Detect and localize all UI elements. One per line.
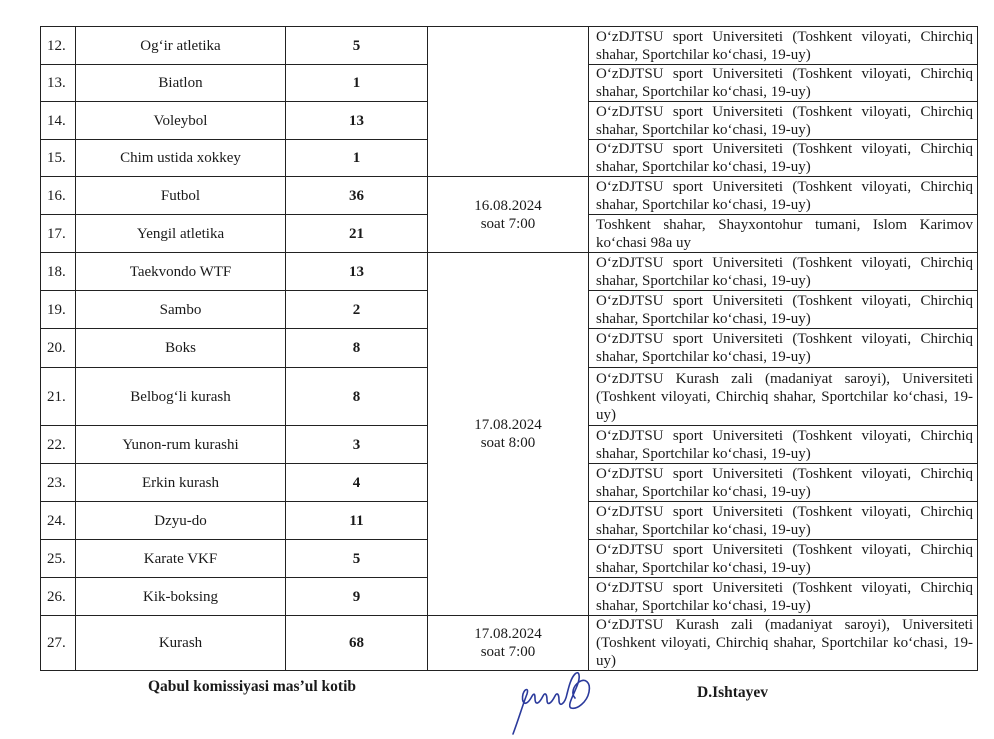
participant-count: 2 xyxy=(286,291,428,329)
table-row: 16.Futbol3616.08.2024soat 7:00O‘zDJTSU s… xyxy=(41,177,978,215)
venue-address: O‘zDJTSU sport Universiteti (Toshkent vi… xyxy=(589,140,978,177)
venue-address: O‘zDJTSU sport Universiteti (Toshkent vi… xyxy=(589,502,978,540)
signature-icon xyxy=(505,668,605,738)
sport-name: Boks xyxy=(76,329,286,368)
venue-address: O‘zDJTSU Kurash zali (madaniyat saroyi),… xyxy=(589,368,978,426)
sport-name: Belbog‘li kurash xyxy=(76,368,286,426)
sport-name: Karate VKF xyxy=(76,540,286,578)
venue-address: O‘zDJTSU sport Universiteti (Toshkent vi… xyxy=(589,291,978,329)
row-number: 14. xyxy=(41,102,76,140)
participant-count: 21 xyxy=(286,215,428,253)
row-number: 16. xyxy=(41,177,76,215)
participant-count: 5 xyxy=(286,27,428,65)
row-number: 27. xyxy=(41,616,76,671)
event-time: soat 7:00 xyxy=(428,643,588,661)
participant-count: 8 xyxy=(286,368,428,426)
sport-name: Kik-boksing xyxy=(76,578,286,616)
venue-address: O‘zDJTSU sport Universiteti (Toshkent vi… xyxy=(589,102,978,140)
event-time: soat 8:00 xyxy=(428,434,588,452)
sport-name: Yunon-rum kurashi xyxy=(76,426,286,464)
venue-address: O‘zDJTSU sport Universiteti (Toshkent vi… xyxy=(589,329,978,368)
venue-address: O‘zDJTSU sport Universiteti (Toshkent vi… xyxy=(589,578,978,616)
row-number: 23. xyxy=(41,464,76,502)
table-row: 12.Og‘ir atletika5O‘zDJTSU sport Univers… xyxy=(41,27,978,65)
event-time: soat 7:00 xyxy=(428,215,588,233)
row-number: 18. xyxy=(41,253,76,291)
row-number: 22. xyxy=(41,426,76,464)
row-number: 25. xyxy=(41,540,76,578)
row-number: 20. xyxy=(41,329,76,368)
venue-address: O‘zDJTSU sport Universiteti (Toshkent vi… xyxy=(589,464,978,502)
sport-name: Sambo xyxy=(76,291,286,329)
participant-count: 5 xyxy=(286,540,428,578)
date-time-cell: 17.08.2024soat 8:00 xyxy=(428,253,589,616)
venue-address: O‘zDJTSU sport Universiteti (Toshkent vi… xyxy=(589,540,978,578)
participant-count: 1 xyxy=(286,65,428,102)
row-number: 13. xyxy=(41,65,76,102)
participant-count: 3 xyxy=(286,426,428,464)
participant-count: 9 xyxy=(286,578,428,616)
venue-address: O‘zDJTSU Kurash zali (madaniyat saroyi),… xyxy=(589,616,978,671)
sport-name: Erkin kurash xyxy=(76,464,286,502)
row-number: 26. xyxy=(41,578,76,616)
participant-count: 4 xyxy=(286,464,428,502)
venue-address: O‘zDJTSU sport Universiteti (Toshkent vi… xyxy=(589,177,978,215)
sport-name: Futbol xyxy=(76,177,286,215)
row-number: 21. xyxy=(41,368,76,426)
sport-name: Chim ustida xokkey xyxy=(76,140,286,177)
sport-name: Yengil atletika xyxy=(76,215,286,253)
table-row: 18.Taekvondo WTF1317.08.2024soat 8:00O‘z… xyxy=(41,253,978,291)
date-time-cell: 17.08.2024soat 7:00 xyxy=(428,616,589,671)
venue-address: Toshkent shahar, Shayxontohur tumani, Is… xyxy=(589,215,978,253)
participant-count: 8 xyxy=(286,329,428,368)
venue-address: O‘zDJTSU sport Universiteti (Toshkent vi… xyxy=(589,253,978,291)
sport-name: Dzyu-do xyxy=(76,502,286,540)
participant-count: 13 xyxy=(286,253,428,291)
venue-address: O‘zDJTSU sport Universiteti (Toshkent vi… xyxy=(589,27,978,65)
row-number: 19. xyxy=(41,291,76,329)
participant-count: 11 xyxy=(286,502,428,540)
event-date: 17.08.2024 xyxy=(428,625,588,643)
participant-count: 68 xyxy=(286,616,428,671)
date-time-cell: 16.08.2024soat 7:00 xyxy=(428,177,589,253)
schedule-table: 12.Og‘ir atletika5O‘zDJTSU sport Univers… xyxy=(40,26,978,671)
participant-count: 13 xyxy=(286,102,428,140)
participant-count: 1 xyxy=(286,140,428,177)
participant-count: 36 xyxy=(286,177,428,215)
row-number: 15. xyxy=(41,140,76,177)
row-number: 17. xyxy=(41,215,76,253)
position-title: Qabul komissiyasi mas’ul kotib xyxy=(148,678,356,696)
sport-name: Voleybol xyxy=(76,102,286,140)
signer-name: D.Ishtayev xyxy=(697,684,768,702)
venue-address: O‘zDJTSU sport Universiteti (Toshkent vi… xyxy=(589,426,978,464)
event-date: 17.08.2024 xyxy=(428,416,588,434)
venue-address: O‘zDJTSU sport Universiteti (Toshkent vi… xyxy=(589,65,978,102)
sport-name: Biatlon xyxy=(76,65,286,102)
sport-name: Kurash xyxy=(76,616,286,671)
sport-name: Og‘ir atletika xyxy=(76,27,286,65)
row-number: 12. xyxy=(41,27,76,65)
event-date: 16.08.2024 xyxy=(428,197,588,215)
document-page: 12.Og‘ir atletika5O‘zDJTSU sport Univers… xyxy=(0,0,994,739)
row-number: 24. xyxy=(41,502,76,540)
sport-name: Taekvondo WTF xyxy=(76,253,286,291)
date-time-cell xyxy=(428,27,589,177)
table-row: 27.Kurash6817.08.2024soat 7:00O‘zDJTSU K… xyxy=(41,616,978,671)
